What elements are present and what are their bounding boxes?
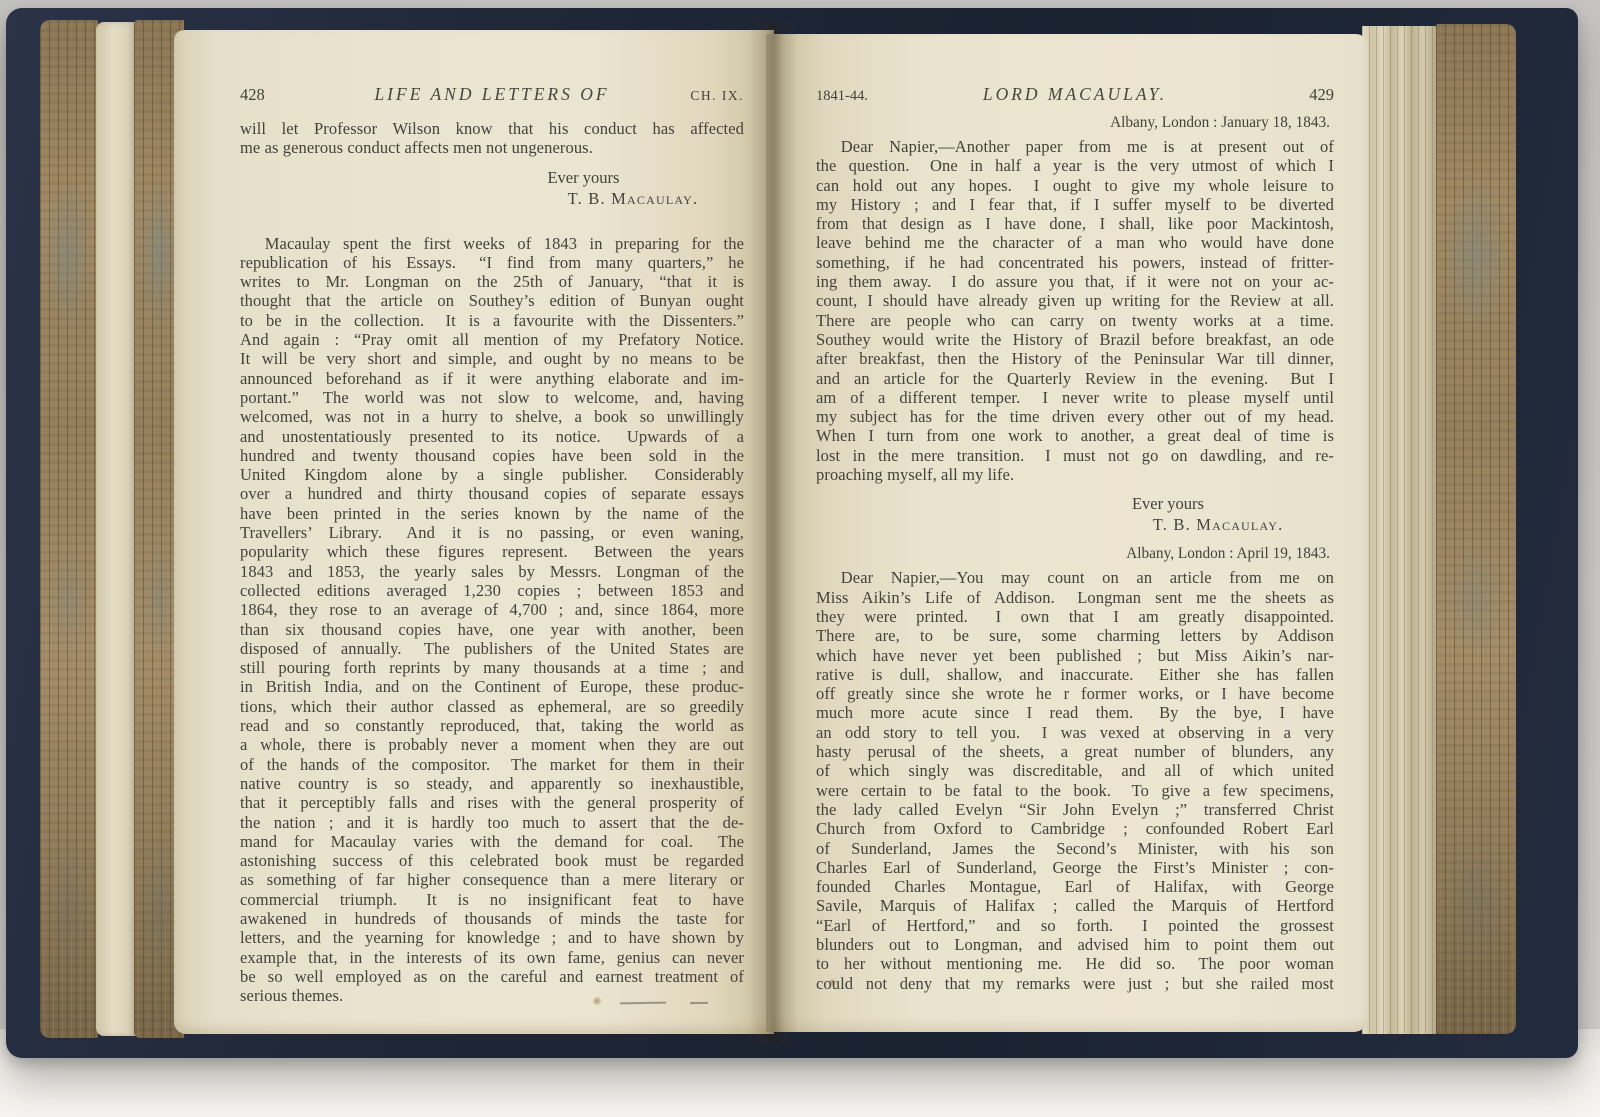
- text-line: in British India, and on the Continent o…: [240, 677, 744, 696]
- text-line: be so well employed as on the careful an…: [240, 967, 744, 986]
- text-line: they were printed. I own that I am great…: [816, 607, 1334, 626]
- text-line: to be in the collection. It is a favouri…: [240, 311, 744, 330]
- text-line: still pouring forth reprints by many tho…: [240, 658, 744, 677]
- valediction: Ever yours: [1132, 493, 1334, 514]
- paragraph: Dear Napier,—Another paper from me is at…: [816, 137, 1334, 484]
- text-line: much more acute since I read them. By th…: [816, 703, 1334, 722]
- text-line: Travellers’ Library. And it is no passin…: [240, 523, 744, 542]
- text-line: of Sunderland, James the Second’s Minist…: [816, 839, 1334, 858]
- chapter-label: CH. IX.: [690, 88, 744, 104]
- text-line: Dear Napier,—Another paper from me is at…: [816, 137, 1334, 156]
- text-line: leave behind me the character of a man w…: [816, 233, 1334, 252]
- text-line: am of a different temper. I never write …: [816, 388, 1334, 407]
- text-line: Church from Oxford to Cambridge ; confou…: [816, 819, 1334, 838]
- page-edges-right: [1436, 24, 1516, 1034]
- right-page-header: 1841-44. LORD MACAULAY. 429: [816, 84, 1334, 105]
- text-line: a whole, there is probably never a momen…: [240, 735, 744, 754]
- text-line: tions, which their author classed as eph…: [240, 697, 744, 716]
- text-line: 1864, they rose to an average of 4,700 ;…: [240, 600, 744, 619]
- text-line: could not deny that my remarks were just…: [816, 974, 1334, 993]
- text-line: me as generous conduct affects men not u…: [240, 138, 744, 157]
- left-page-body: will let Professor Wilson know that his …: [240, 119, 744, 1005]
- text-line: example that, in the interests of its ow…: [240, 948, 744, 967]
- text-line: When I turn from one work to another, a …: [816, 426, 1334, 445]
- text-line: There are, to be sure, some charming let…: [816, 626, 1334, 645]
- paragraph: will let Professor Wilson know that his …: [240, 119, 744, 158]
- text-line: lost in the mere transition. I must not …: [816, 446, 1334, 465]
- text-line: welcomed, was not in a hurry to shelve, …: [240, 407, 744, 426]
- text-line: And again : “Pray omit all mention of my…: [240, 330, 744, 349]
- book: 428 LIFE AND LETTERS OF CH. IX. will let…: [6, 8, 1578, 1058]
- text-line: announced beforehand as if it were anyth…: [240, 369, 744, 388]
- text-line: an odd story to tell you. I was vexed at…: [816, 723, 1334, 742]
- foxing-spot: [828, 978, 837, 987]
- text-line: of which singly was discreditable, and a…: [816, 761, 1334, 780]
- years-label: 1841-44.: [816, 88, 868, 105]
- text-line: my History ; and I fear that, if I suffe…: [816, 195, 1334, 214]
- text-line: disposed of annually. The publishers of …: [240, 639, 744, 658]
- text-line: native country is so steady, and apparen…: [240, 774, 744, 793]
- letter-dateline: Albany, London : January 18, 1843.: [816, 113, 1330, 133]
- text-line: have been printed in the series known by…: [240, 504, 744, 523]
- foxing-spot: [592, 996, 602, 1006]
- left-page: 428 LIFE AND LETTERS OF CH. IX. will let…: [174, 30, 774, 1034]
- text-line: can hold out any hopes. I ought to give …: [816, 176, 1334, 195]
- text-line: than six thousand copies have, one year …: [240, 620, 744, 639]
- right-page-body: Albany, London : January 18, 1843.Dear N…: [816, 113, 1334, 993]
- text-line: and unostentatiously presented to its no…: [240, 427, 744, 446]
- text-line: blunders out to Longman, and advised him…: [816, 935, 1334, 954]
- text-line: the question. One in half a year is the …: [816, 156, 1334, 175]
- text-line: republication of his Essays. “I find fro…: [240, 253, 744, 272]
- text-line: Southey would write the History of Brazi…: [816, 330, 1334, 349]
- text-line: of the hands of the compositor. The mark…: [240, 755, 744, 774]
- text-line: to her without mentioning me. He did so.…: [816, 954, 1334, 973]
- left-page-content: 428 LIFE AND LETTERS OF CH. IX. will let…: [174, 30, 774, 1005]
- pencil-dash-marks: [620, 994, 708, 1012]
- text-line: read and so constantly reproduced, that,…: [240, 716, 744, 735]
- letter-closing: Ever yoursT. B. Macaulay.: [240, 167, 744, 210]
- underpages-right: [1362, 26, 1440, 1034]
- paragraph: Macaulay spent the first weeks of 1843 i…: [240, 234, 744, 1006]
- right-page-number: 429: [1309, 85, 1334, 105]
- text-line: and an article for the Quarterly Review …: [816, 369, 1334, 388]
- text-line: count, I should have already given up wr…: [816, 291, 1334, 310]
- text-line: It will be very short and simple, and ou…: [240, 349, 744, 368]
- signature: T. B. Macaulay.: [1153, 514, 1334, 536]
- text-line: were certain to be fatal to the book. To…: [816, 781, 1334, 800]
- text-line: There are people who can carry on twenty…: [816, 311, 1334, 330]
- text-line: awakened in hundreds of thousands of min…: [240, 909, 744, 928]
- book-photo-scene: 428 LIFE AND LETTERS OF CH. IX. will let…: [0, 0, 1600, 1117]
- text-line: Dear Napier,—You may count on an article…: [816, 568, 1334, 587]
- text-line: 1843 and 1853, the yearly sales by Messr…: [240, 562, 744, 581]
- text-line: which have never yet been published ; bu…: [816, 646, 1334, 665]
- text-line: Macaulay spent the first weeks of 1843 i…: [240, 234, 744, 253]
- text-line: off greatly since she wrote he r former …: [816, 684, 1334, 703]
- text-line: letters, and the yearning for knowledge …: [240, 928, 744, 947]
- left-page-number: 428: [240, 85, 265, 105]
- text-line: rative is dull, shallow, and inaccurate.…: [816, 665, 1334, 684]
- text-line: Savile, Marquis of Halifax ; called the …: [816, 896, 1334, 915]
- letter-dateline: Albany, London : April 19, 1843.: [816, 544, 1330, 564]
- text-line: my subject has for the time driven every…: [816, 407, 1334, 426]
- text-line: will let Professor Wilson know that his …: [240, 119, 744, 138]
- left-running-title: LIFE AND LETTERS OF: [374, 84, 609, 105]
- text-line: after breakfast, then the History of the…: [816, 349, 1334, 368]
- text-line: astonishing success of this celebrated b…: [240, 851, 744, 870]
- text-line: United Kingdom alone by a single publish…: [240, 465, 744, 484]
- paragraph: Dear Napier,—You may count on an article…: [816, 568, 1334, 993]
- text-line: something, if he had concentrated his po…: [816, 253, 1334, 272]
- text-line: mand for Macaulay varies with the demand…: [240, 832, 744, 851]
- text-line: the lady called Evelyn “Sir John Evelyn …: [816, 800, 1334, 819]
- text-line: Miss Aikin’s Life of Addison. Longman se…: [816, 588, 1334, 607]
- text-line: proaching myself, all my life.: [816, 465, 1334, 484]
- text-line: collected editions averaged 1,230 copies…: [240, 581, 744, 600]
- signature: T. B. Macaulay.: [568, 188, 744, 210]
- text-line: thought that the article on Southey’s ed…: [240, 291, 744, 310]
- right-page-content: 1841-44. LORD MACAULAY. 429 Albany, Lond…: [766, 34, 1368, 993]
- valediction: Ever yours: [547, 167, 744, 188]
- letter-closing: Ever yoursT. B. Macaulay.: [816, 493, 1334, 536]
- text-line: founded Charles Montague, Earl of Halifa…: [816, 877, 1334, 896]
- text-line: popularity which these figures represent…: [240, 542, 744, 561]
- text-line: hundred and twenty thousand copies have …: [240, 446, 744, 465]
- text-line: portant.” The world was not slow to welc…: [240, 388, 744, 407]
- text-line: commercial triumph. It is no insignifica…: [240, 890, 744, 909]
- text-line: that it perceptibly falls and rises with…: [240, 793, 744, 812]
- page-edges-left-outer: [40, 20, 98, 1038]
- right-page: 1841-44. LORD MACAULAY. 429 Albany, Lond…: [766, 34, 1368, 1032]
- text-line: ing them away. I do assure you that, if …: [816, 272, 1334, 291]
- underpage-wedge-left: [96, 22, 136, 1036]
- text-line: “Earl of Hertford,” and so forth. I poin…: [816, 916, 1334, 935]
- text-line: as something of far higher consequence t…: [240, 870, 744, 889]
- text-line: hasty perusal of the sheets, a great num…: [816, 742, 1334, 761]
- text-line: from that design as I have done, I shall…: [816, 214, 1334, 233]
- left-page-header: 428 LIFE AND LETTERS OF CH. IX.: [240, 84, 744, 105]
- text-line: the nation ; and it is hardly too much t…: [240, 813, 744, 832]
- text-line: writes to Mr. Longman on the 25th of Jan…: [240, 272, 744, 291]
- text-line: Charles Earl of Sunderland, George the F…: [816, 858, 1334, 877]
- text-line: over a hundred and thirty thousand copie…: [240, 484, 744, 503]
- right-running-title: LORD MACAULAY.: [983, 84, 1167, 105]
